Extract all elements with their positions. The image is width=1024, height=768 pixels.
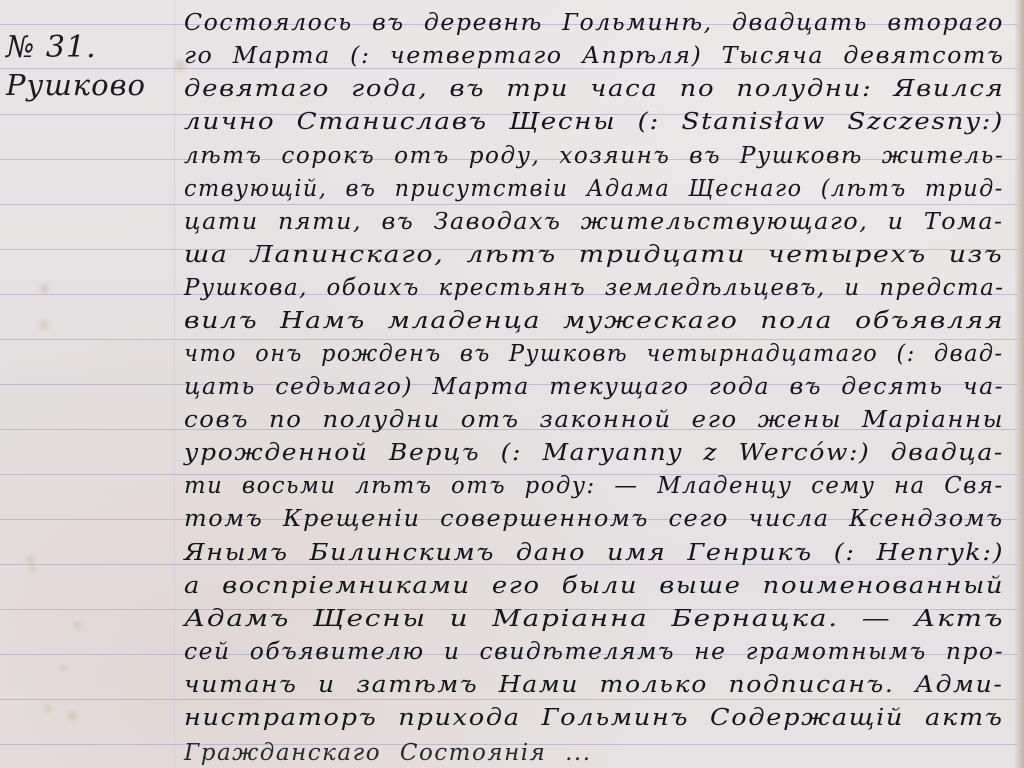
text-line: лично Станиславъ Щесны (: Stanisław Szcz… (184, 109, 1004, 135)
paper-stain (40, 284, 49, 293)
text-line: что онъ рожденъ въ Рушковѣ четырнадцатаг… (184, 341, 1004, 367)
page-edge (1014, 0, 1024, 768)
paper-stain (26, 556, 34, 564)
text-line: девятаго года, въ три часа по полудни: Я… (184, 76, 1004, 102)
paper-stain (44, 705, 51, 712)
ruled-line (0, 204, 1024, 205)
register-page: № 31. Рушково Состоялось въ деревнѣ Голь… (0, 0, 1024, 768)
paper-stain (30, 566, 36, 572)
paper-stain (40, 320, 48, 330)
text-line: урожденной Верцъ (: Maryanny z Werców:) … (184, 440, 1004, 466)
text-line: сей объявителю и свидѣтелямъ не грамотны… (184, 639, 1004, 665)
entry-number: № 31. (6, 30, 97, 65)
text-line: ша Лапинскаго, лѣтъ тридцати четырехъ из… (184, 242, 1003, 268)
text-line: ти восьми лѣтъ отъ роду: — Младенцу сему… (184, 473, 1004, 499)
text-line: цать седьмаго) Марта текущаго года въ де… (184, 374, 1004, 400)
margin-line (174, 0, 175, 768)
text-line: томъ Крещеніи совершенномъ сего числа Кс… (184, 506, 1004, 532)
text-line: цати пяти, въ Заводахъ жительствующаго, … (184, 209, 1004, 235)
text-line: Янымъ Билинскимъ дано имя Генрикъ (: Hen… (184, 540, 1004, 566)
text-line: вилъ Намъ младенца мужескаго пола объявл… (184, 308, 1004, 334)
text-line: нистраторъ прихода Гольминъ Содержащій а… (184, 705, 1004, 731)
text-line: лѣтъ сорокъ отъ роду, хозяинъ въ Рушковѣ… (184, 143, 1004, 169)
paper-stain (60, 665, 66, 671)
paper-stain (68, 712, 77, 720)
text-line: а воспріемниками его были выше поименова… (184, 573, 1004, 599)
ruled-line (0, 339, 1024, 340)
text-line: читанъ и затѣмъ Нами только подписанъ. А… (184, 672, 1003, 698)
text-line: Рушкова, обоихъ крестьянъ земледѣльцевъ,… (184, 275, 1004, 301)
entry-village: Рушково (6, 68, 146, 102)
text-line-partial: Гражданскаго Состоянія ... (184, 740, 592, 766)
paper-stain (74, 622, 81, 629)
ruled-line (0, 699, 1024, 700)
text-line: го Марта (: четвертаго Апрѣля) Тысяча де… (184, 43, 1004, 69)
text-line: Состоялось въ деревнѣ Гольминѣ, двадцать… (184, 10, 1004, 36)
text-line: ствующій, въ присутствіи Адама Щеснаго (… (184, 176, 1004, 202)
text-line: совъ по полудни отъ законной его жены Ма… (184, 407, 1004, 433)
text-line: Адамъ Щесны и Маріанна Бернацка. — Актъ (184, 606, 1004, 632)
